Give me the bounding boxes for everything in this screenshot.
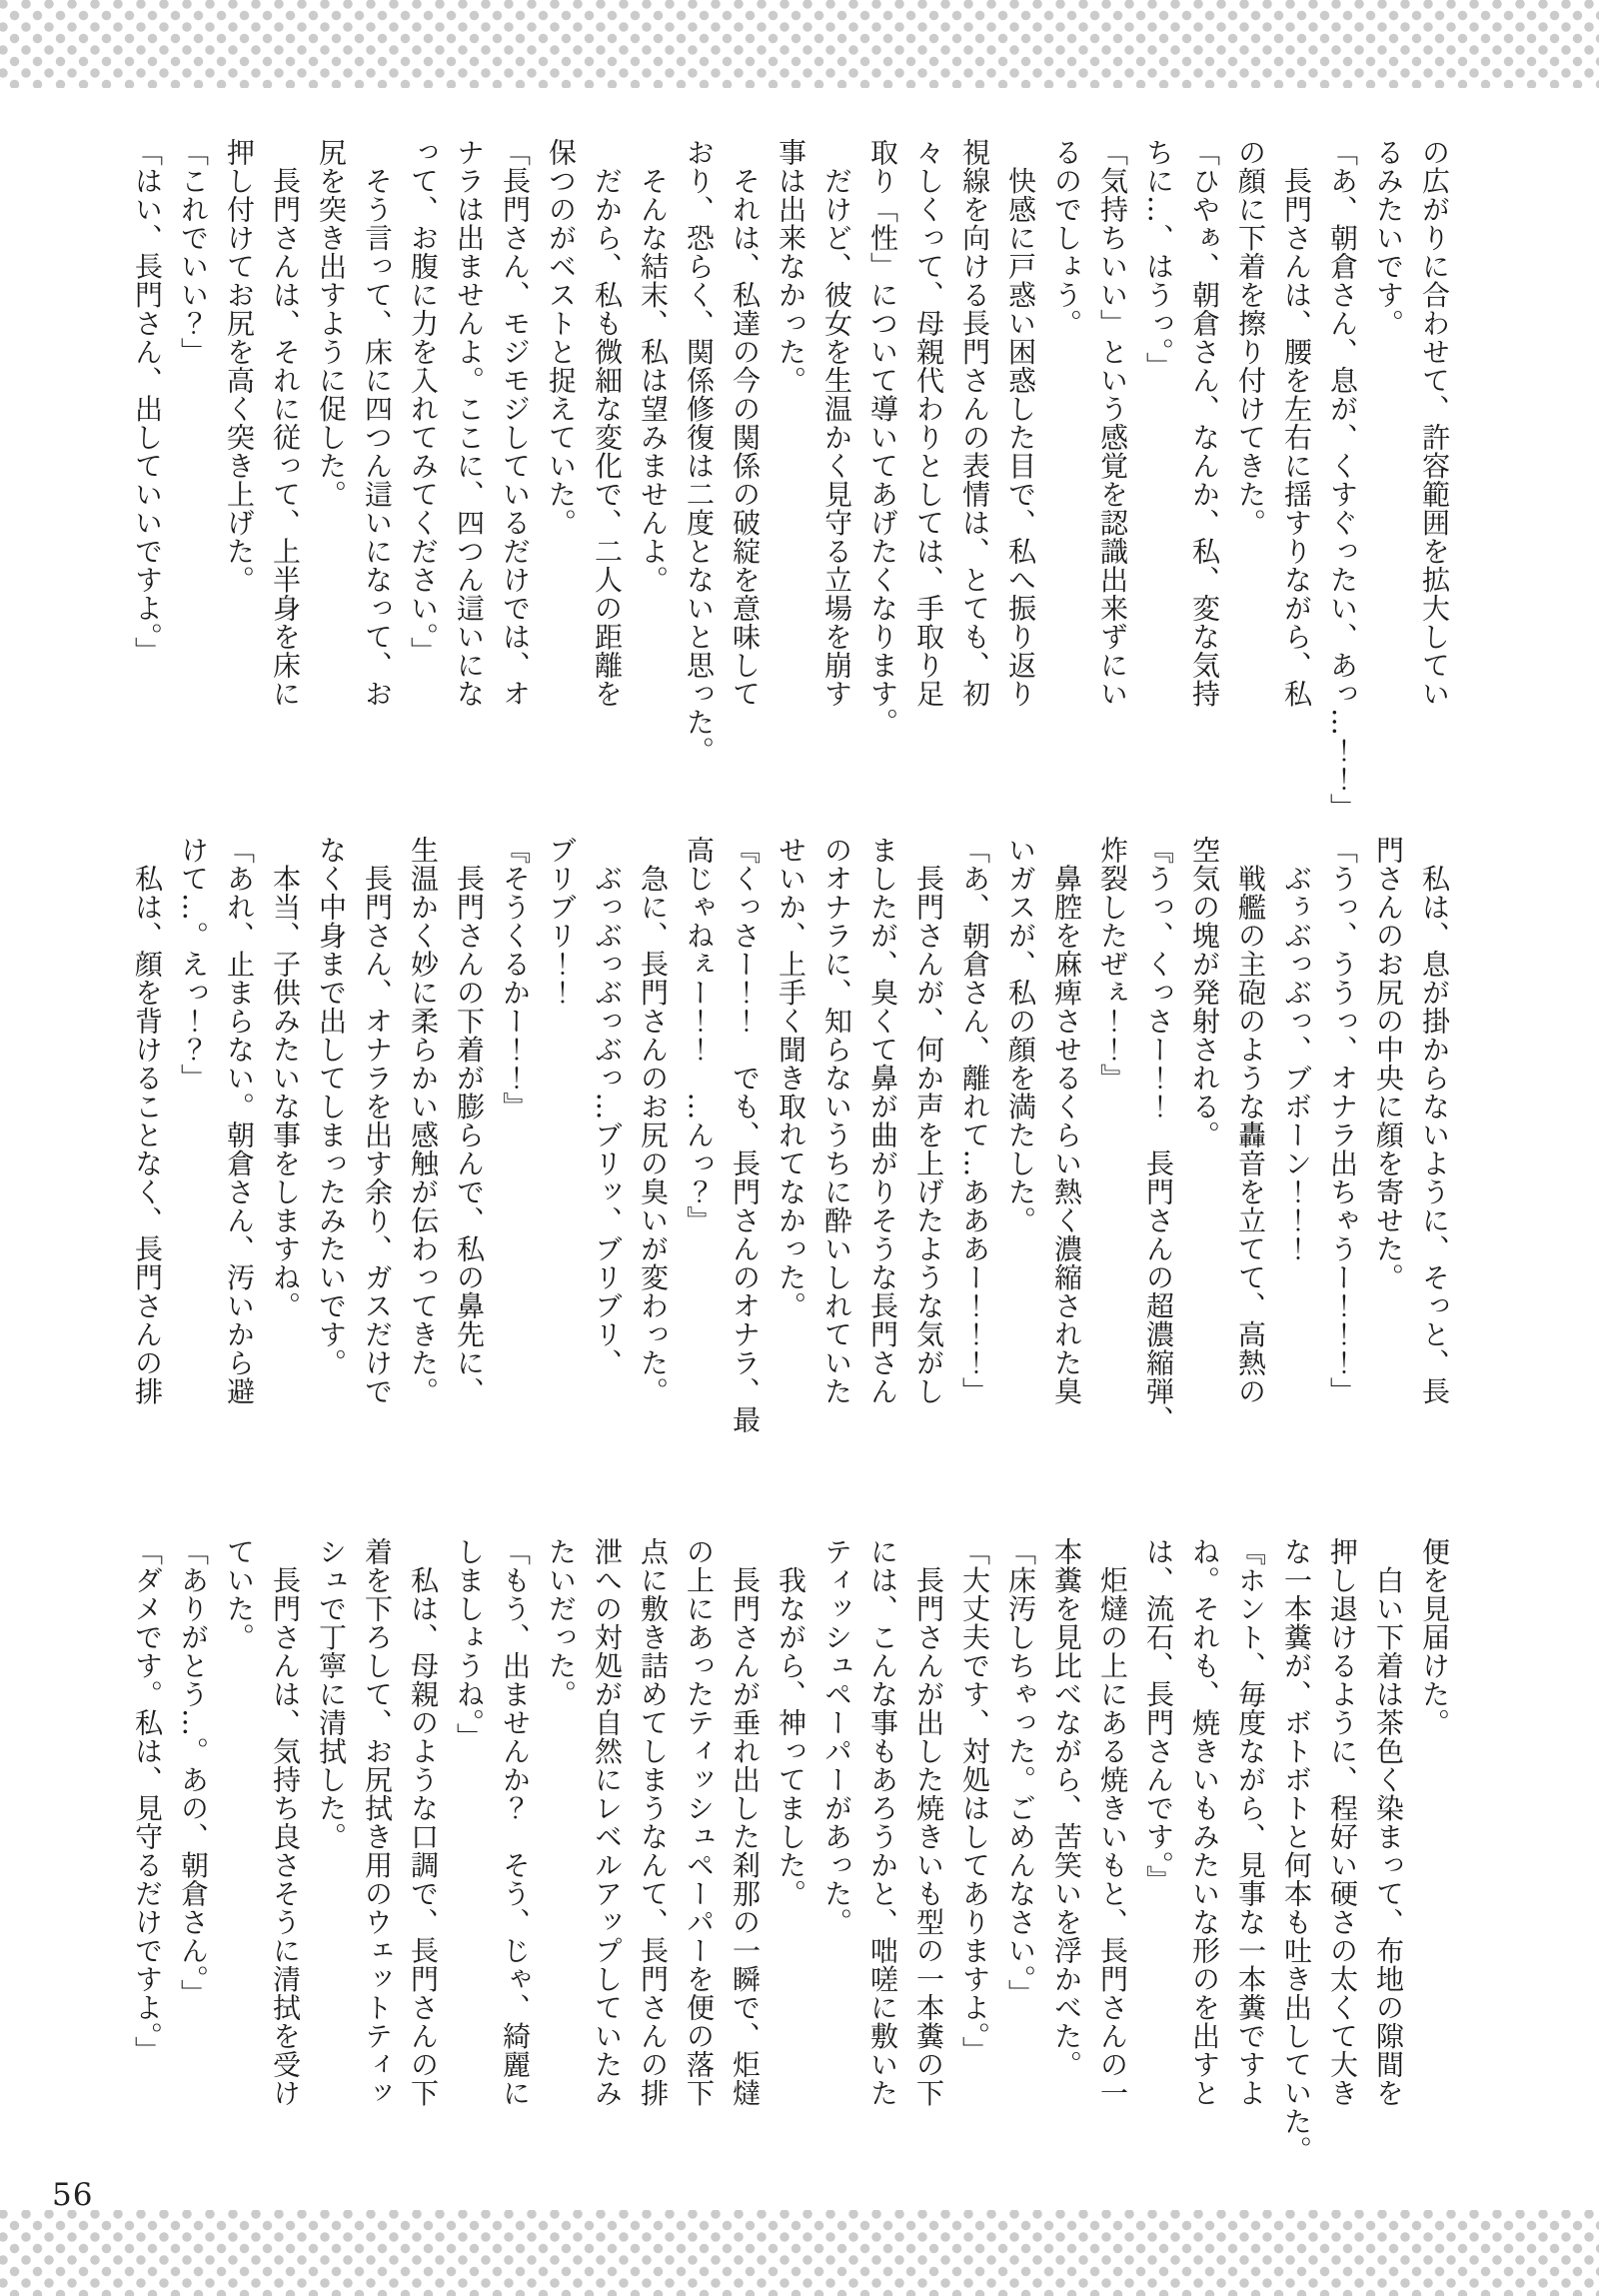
- vertical-text-line: しましょうね。」: [446, 1537, 492, 2193]
- vertical-text-line: 白い下着は茶色く染まって、布地の隙間を: [1365, 1537, 1411, 2193]
- vertical-text-line: ていた。: [216, 1537, 262, 2193]
- vertical-text-line: 事は出来なかった。: [768, 138, 813, 794]
- vertical-text-line: 長門さんは、それに従って、上半身を床に: [262, 138, 308, 794]
- vertical-text-line: 「うっ、ううっ、オナラ出ちゃうー！！！」: [1319, 836, 1365, 1491]
- vertical-text-line: 保つのがベストと捉えていた。: [538, 138, 584, 794]
- vertical-text-line: 々しくって、母親代わりとしては、手取り足: [905, 138, 951, 794]
- vertical-text-line: 泄への対処が自然にレベルアップしていたみ: [584, 1537, 630, 2193]
- vertical-text-line: 「大丈夫です、対処はしてありますよ。」: [951, 1537, 997, 2193]
- vertical-text-line: いガスが、私の顔を満たした。: [997, 836, 1043, 1491]
- vertical-text-line: おり、恐らく、関係修復は二度とないと思った。: [676, 138, 722, 794]
- vertical-text-line: 空気の塊が発射される。: [1181, 836, 1227, 1491]
- vertical-text-line: 押し付けてお尻を高く突き上げた。: [216, 138, 262, 794]
- vertical-text-line: なく中身まで出してしまったみたいです。: [308, 836, 354, 1491]
- vertical-text-line: は、流石、長門さんです。』: [1135, 1537, 1181, 2193]
- vertical-text-line: 長門さんが出した焼きいも型の一本糞の下: [905, 1537, 951, 2193]
- page-number: 56: [52, 2177, 93, 2213]
- vertical-text-line: な一本糞が、ボトボトと何本も吐き出していた。: [1273, 1537, 1319, 2193]
- vertical-text-line: ぶっぶっぶっぶっ…ブリッ、ブリブリ、: [584, 836, 630, 1491]
- vertical-text-line: ナラは出ませんよ。ここに、四つん這いにな: [446, 138, 492, 794]
- vertical-text-line: 私は、顔を背けることなく、長門さんの排: [124, 836, 170, 1491]
- vertical-text-line: ブリブリ！！: [538, 836, 584, 1491]
- vertical-text-line: 『くっさー！！ でも、長門さんのオナラ、最: [722, 836, 768, 1491]
- vertical-text-block-1: の広がりに合わせて、許容範囲を拡大しているみたいです。「あ、朝倉さん、息が、くす…: [122, 138, 1457, 794]
- vertical-text-line: 私は、母親のような口調で、長門さんの下: [400, 1537, 446, 2193]
- vertical-text-line: るのでしょう。: [1043, 138, 1089, 794]
- vertical-text-line: 長門さんは、気持ち良さそうに清拭を受け: [262, 1537, 308, 2193]
- vertical-text-line: 長門さんは、腰を左右に揺すりながら、私: [1273, 138, 1319, 794]
- vertical-text-line: 「あれ、止まらない。朝倉さん、汚いから避: [216, 836, 262, 1491]
- vertical-text-line: 「これでいい？」: [170, 138, 216, 794]
- vertical-text-line: そう言って、床に四つん這いになって、お: [354, 138, 400, 794]
- vertical-text-block-3: 便を見届けた。 白い下着は茶色く染まって、布地の隙間を押し退けるように、程好い硬…: [122, 1537, 1457, 2193]
- vertical-text-line: 長門さんが、何か声を上げたような気がし: [905, 836, 951, 1491]
- vertical-text-line: 「長門さん、モジモジしているだけでは、オ: [492, 138, 538, 794]
- scanned-novel-page: の広がりに合わせて、許容範囲を拡大しているみたいです。「あ、朝倉さん、息が、くす…: [0, 0, 1599, 2296]
- vertical-text-line: 生温かく妙に柔らかい感触が伝わってきた。: [400, 836, 446, 1491]
- vertical-text-line: 「床汚しちゃった。ごめんなさい。」: [997, 1537, 1043, 2193]
- vertical-text-line: 鼻腔を麻痺させるくらい熱く濃縮された臭: [1043, 836, 1089, 1491]
- vertical-text-line: 「はい、長門さん、出していいですよ。」: [124, 138, 170, 794]
- vertical-text-line: の顔に下着を擦り付けてきた。: [1227, 138, 1273, 794]
- halftone-dot-border-top: [0, 0, 1599, 88]
- vertical-text-line: 「気持ちいい」という感覚を認識出来ずにい: [1089, 138, 1135, 794]
- vertical-text-line: 「ダメです。私は、見守るだけですよ。」: [124, 1537, 170, 2193]
- vertical-text-line: 本糞を見比べながら、苦笑いを浮かべた。: [1043, 1537, 1089, 2193]
- vertical-text-line: それは、私達の今の関係の破綻を意味して: [722, 138, 768, 794]
- vertical-text-line: 炸裂したぜぇ！！』: [1089, 836, 1135, 1491]
- vertical-text-line: 長門さんの下着が膨らんで、私の鼻先に、: [446, 836, 492, 1491]
- vertical-text-line: ティッシュペーパーがあった。: [813, 1537, 859, 2193]
- vertical-text-line: 私は、息が掛からないように、そっと、長: [1411, 836, 1457, 1491]
- vertical-text-line: 点に敷き詰めてしまうなんて、長門さんの排: [630, 1537, 676, 2193]
- vertical-text-line: ね。それも、焼きいもみたいな形のを出すと: [1181, 1537, 1227, 2193]
- vertical-text-line: 急に、長門さんのお尻の臭いが変わった。: [630, 836, 676, 1491]
- vertical-text-line: の広がりに合わせて、許容範囲を拡大してい: [1411, 138, 1457, 794]
- halftone-dot-border-bottom: [0, 2210, 1599, 2296]
- vertical-text-line: には、こんな事もあろうかと、咄嗟に敷いた: [859, 1537, 905, 2193]
- vertical-text-line: 門さんのお尻の中央に顔を寄せた。: [1365, 836, 1411, 1491]
- vertical-text-line: 尻を突き出すように促した。: [308, 138, 354, 794]
- vertical-text-line: 『ホント、毎度ながら、見事な一本糞ですよ: [1227, 1537, 1273, 2193]
- vertical-text-line: 「あ、朝倉さん、離れて…あああー！！！」: [951, 836, 997, 1491]
- vertical-text-line: の上にあったティッシュペーパーを便の落下: [676, 1537, 722, 2193]
- vertical-text-line: 『そうくるかー！！』: [492, 836, 538, 1491]
- vertical-text-line: シュで丁寧に清拭した。: [308, 1537, 354, 2193]
- vertical-text-line: 長門さん、オナラを出す余り、ガスだけで: [354, 836, 400, 1491]
- vertical-text-line: 高じゃねぇー！！ …んっ？』: [676, 836, 722, 1491]
- vertical-text-line: そんな結末、私は望みませんよ。: [630, 138, 676, 794]
- vertical-text-line: ちに…、はうっ。」: [1135, 138, 1181, 794]
- vertical-text-line: のオナラに、知らないうちに酔いしれていた: [813, 836, 859, 1491]
- vertical-text-line: って、お腹に力を入れてみてください。」: [400, 138, 446, 794]
- vertical-text-line: 長門さんが垂れ出した刹那の一瞬で、炬燵: [722, 1537, 768, 2193]
- vertical-text-line: ましたが、臭くて鼻が曲がりそうな長門さん: [859, 836, 905, 1491]
- vertical-text-line: 「ひやぁ、朝倉さん、なんか、私、変な気持: [1181, 138, 1227, 794]
- vertical-text-line: 「もう、出ませんか？ そう、じゃ、綺麗に: [492, 1537, 538, 2193]
- vertical-text-line: 「あ、朝倉さん、息が、くすぐったい、あっ…！！」: [1319, 138, 1365, 794]
- vertical-text-line: 我ながら、神ってました。: [768, 1537, 813, 2193]
- vertical-text-line: 快感に戸惑い困惑した目で、私へ振り返り: [997, 138, 1043, 794]
- vertical-text-line: 押し退けるように、程好い硬さの太くて大き: [1319, 1537, 1365, 2193]
- vertical-text-block-2: 私は、息が掛からないように、そっと、長門さんのお尻の中央に顔を寄せた。「うっ、う…: [122, 836, 1457, 1491]
- vertical-text-line: 『うっ、くっさー！！ 長門さんの超濃縮弾、: [1135, 836, 1181, 1491]
- vertical-text-line: けて…。えっ！？」: [170, 836, 216, 1491]
- vertical-text-line: せいか、上手く聞き取れてなかった。: [768, 836, 813, 1491]
- vertical-text-line: だから、私も微細な変化で、二人の距離を: [584, 138, 630, 794]
- vertical-text-line: るみたいです。: [1365, 138, 1411, 794]
- vertical-text-line: 「ありがとう…。あの、朝倉さん。」: [170, 1537, 216, 2193]
- vertical-text-line: たいだった。: [538, 1537, 584, 2193]
- vertical-text-line: 炬燵の上にある焼きいもと、長門さんの一: [1089, 1537, 1135, 2193]
- vertical-text-line: ぶぅぶっぶっ、ブボーン！！！: [1273, 836, 1319, 1491]
- vertical-text-line: 着を下ろして、お尻拭き用のウェットティッ: [354, 1537, 400, 2193]
- vertical-text-line: 本当、子供みたいな事をしますね。: [262, 836, 308, 1491]
- vertical-text-line: 視線を向ける長門さんの表情は、とても、初: [951, 138, 997, 794]
- vertical-text-line: だけど、彼女を生温かく見守る立場を崩す: [813, 138, 859, 794]
- vertical-text-line: 便を見届けた。: [1411, 1537, 1457, 2193]
- vertical-text-line: 戦艦の主砲のような轟音を立てて、高熱の: [1227, 836, 1273, 1491]
- vertical-text-line: 取り「性」について導いてあげたくなります。: [859, 138, 905, 794]
